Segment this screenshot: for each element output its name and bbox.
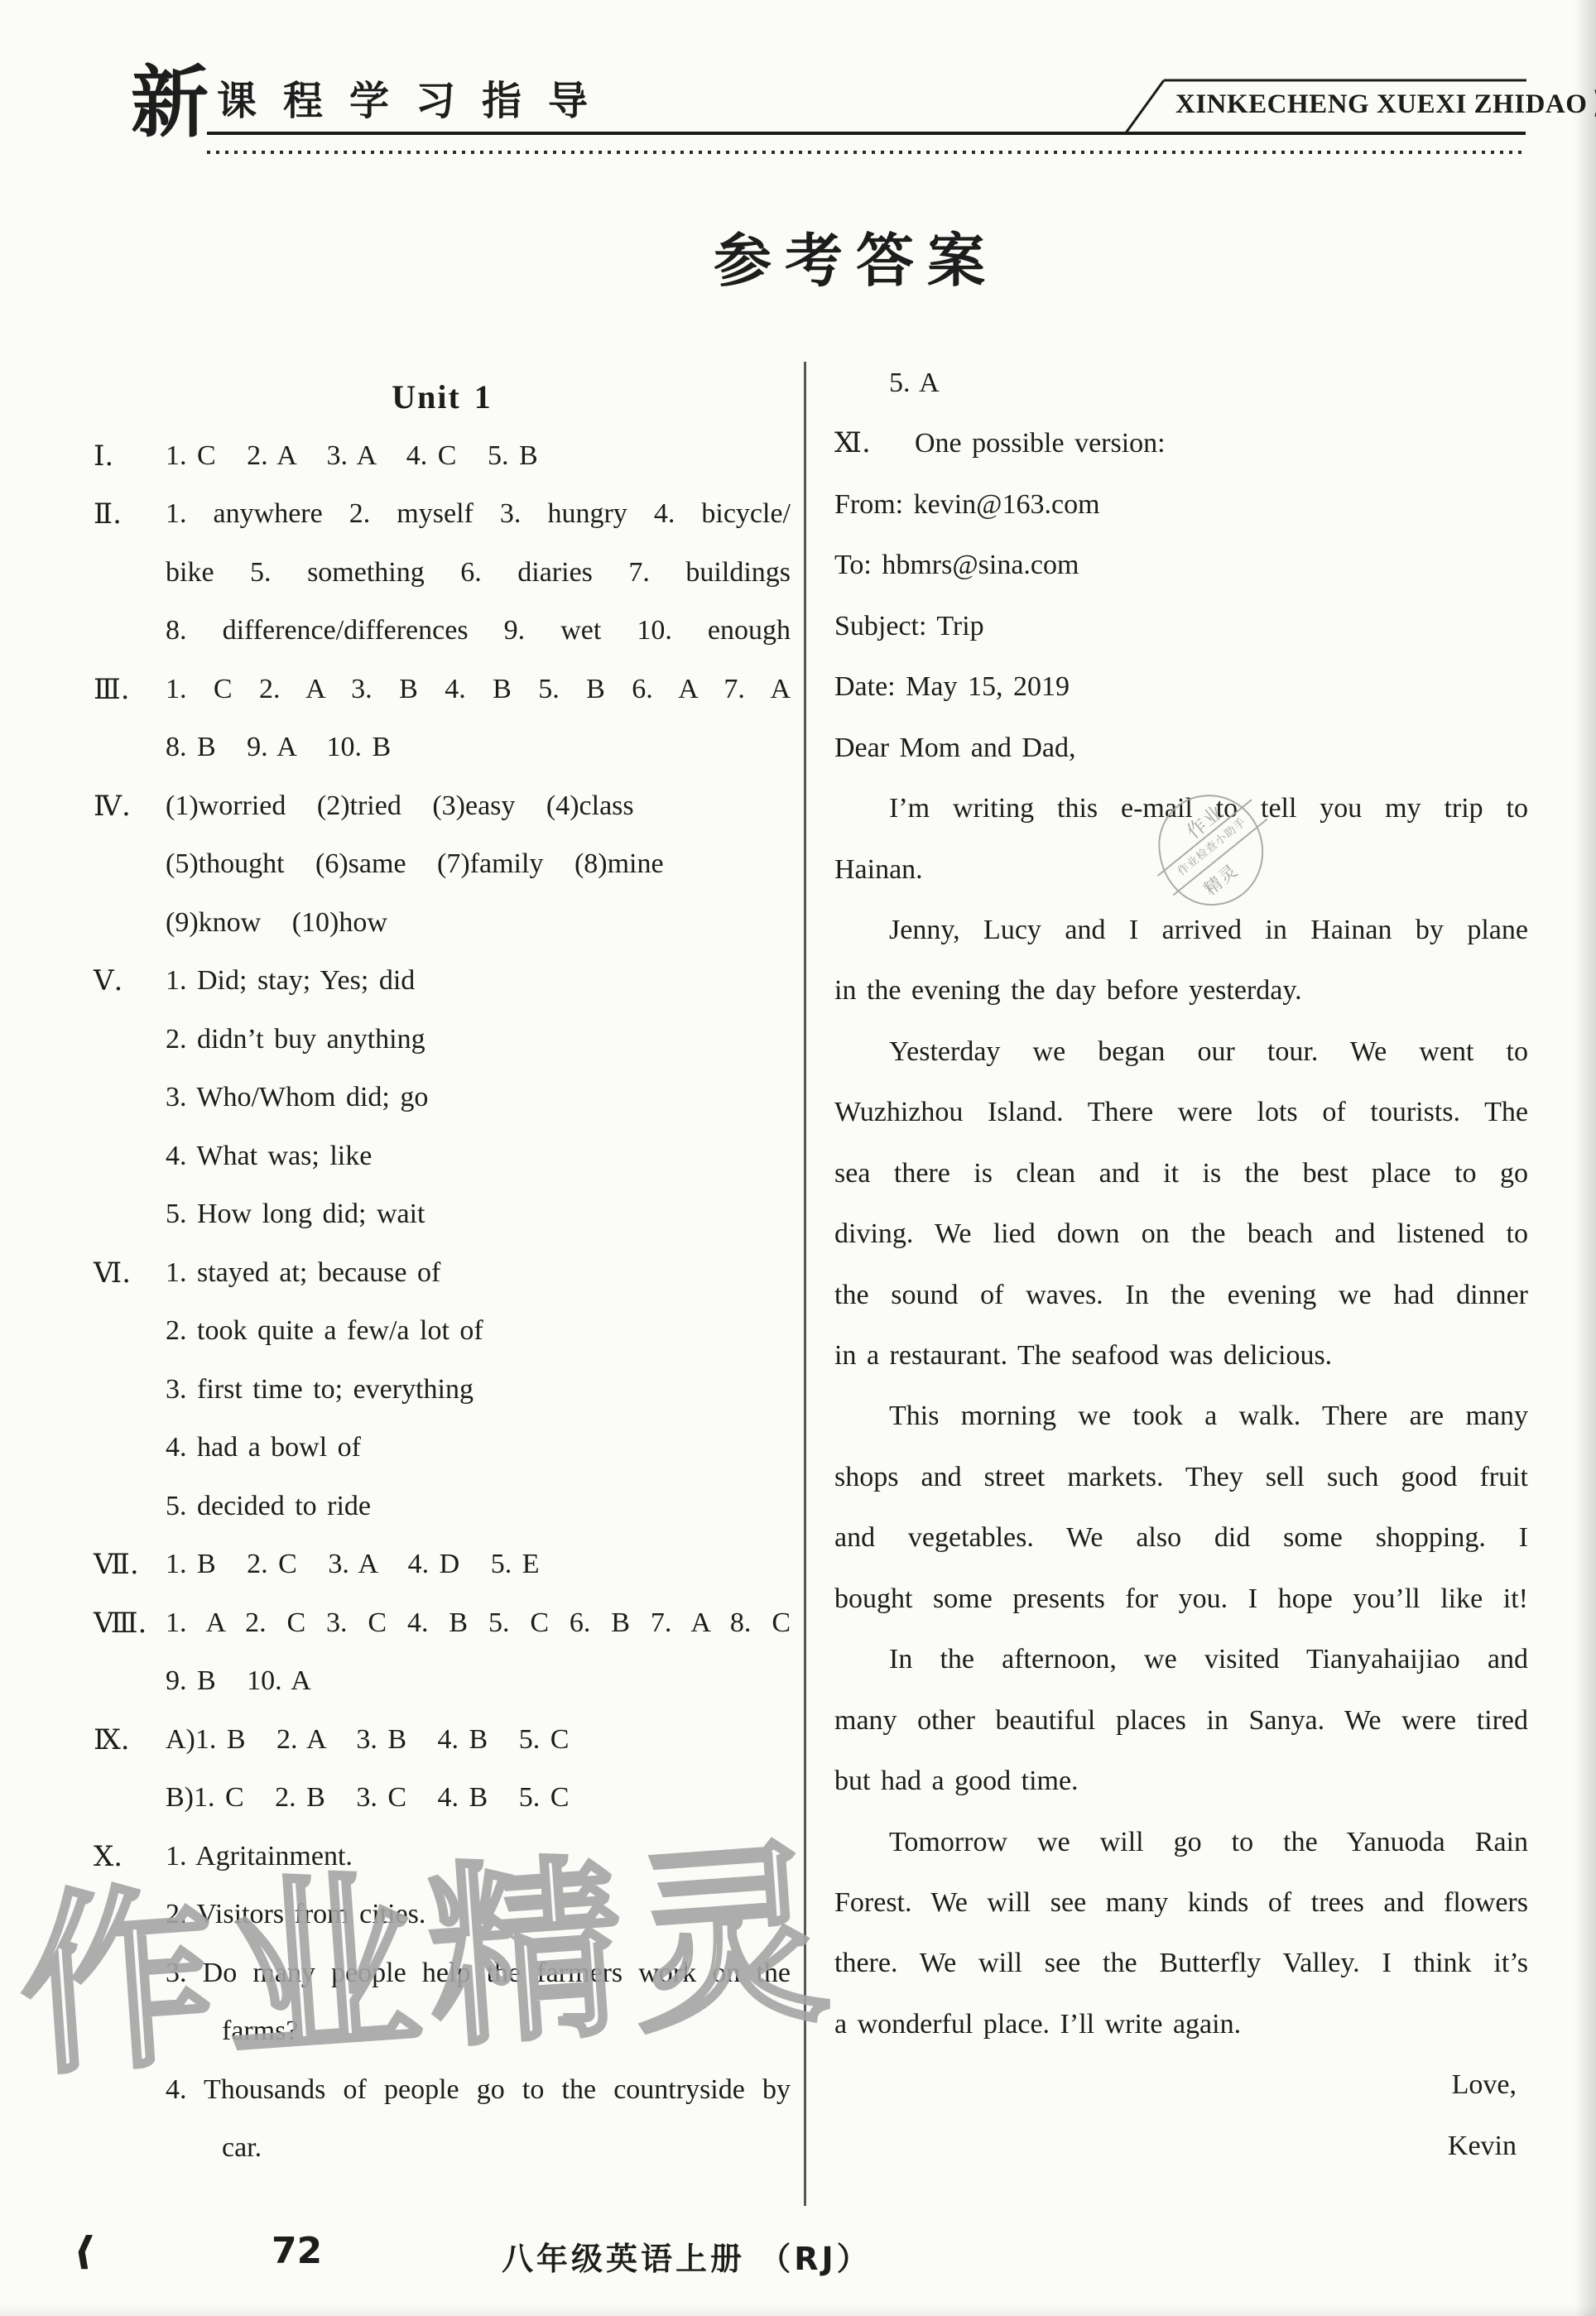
answer-line: car. — [94, 2119, 791, 2178]
answer-line: Unit 1 — [94, 368, 791, 427]
answer-line: Ⅴ.1. Did; stay; Yes; did — [94, 952, 791, 1011]
answer-line: (9)know (10)how — [94, 894, 791, 953]
section-text: A)1. B 2. A 3. B 4. B 5. C — [166, 1711, 791, 1770]
answer-line: Ⅸ.A)1. B 2. A 3. B 4. B 5. C — [94, 1711, 791, 1770]
answer-line: Ⅶ.1. B 2. C 3. A 4. D 5. E — [94, 1535, 791, 1594]
answer-line: Ⅵ.1. stayed at; because of — [94, 1244, 791, 1303]
answer-line: 3. Who/Whom did; go — [94, 1069, 791, 1127]
section-label: Ⅺ. — [834, 413, 915, 473]
scanned-answer-page: 新 课程学习指导 XINKECHENG XUEXI ZHIDAO⟩⟩⟩ 参考答案… — [0, 0, 1596, 2316]
section-text: 1. B 2. C 3. A 4. D 5. E — [166, 1535, 791, 1594]
answer-line: 4. had a bowl of — [94, 1419, 791, 1478]
email-line: in a restaurant. The seafood was delicio… — [834, 1325, 1528, 1386]
answer-line: bike 5. something 6. diaries 7. building… — [94, 544, 791, 603]
brand-title-chinese: 课程学习指导 — [217, 79, 614, 123]
answer-line: Ⅰ.1. C 2. A 3. A 4. C 5. B — [94, 427, 791, 486]
email-line: there. We will see the Butterfly Valley.… — [834, 1933, 1528, 1993]
section-label: Ⅷ. — [94, 1594, 166, 1653]
section-label: Ⅲ. — [94, 661, 166, 719]
header-dotted-rule — [207, 151, 1526, 154]
brand-title-pinyin: XINKECHENG XUEXI ZHIDAO⟩⟩⟩ — [1175, 86, 1596, 121]
answer-line: 2. didn’t buy anything — [94, 1011, 791, 1069]
email-line: 5. A — [834, 353, 1528, 413]
answer-line: Ⅱ.1. anywhere 2. myself 3. hungry 4. bic… — [94, 485, 791, 544]
email-line: Ⅺ.One possible version: — [834, 413, 1528, 473]
section-text: 1. A 2. C 3. C 4. B 5. C 6. B 7. A 8. C — [166, 1594, 791, 1653]
email-line: Tomorrow we will go to the Yanuoda Rain — [834, 1812, 1528, 1872]
section-label: Ⅵ. — [94, 1244, 166, 1303]
answer-line: Ⅳ.(1)worried (2)tried (3)easy (4)class — [94, 777, 791, 836]
answer-line: Ⅲ.1. C 2. A 3. B 4. B 5. B 6. A 7. A — [94, 661, 791, 719]
answer-line: 8. B 9. A 10. B — [94, 718, 791, 777]
page-number: 72 — [272, 2230, 322, 2272]
section-label: Ⅴ. — [94, 952, 166, 1011]
chevron-left-icon: ⟨⟨⟨ — [71, 2228, 80, 2273]
scan-edge-shadow-bottom — [0, 2304, 1596, 2316]
answer-line: 5. decided to ride — [94, 1478, 791, 1536]
email-line: Subject: Trip — [834, 596, 1528, 656]
section-label: Ⅶ. — [94, 1535, 166, 1594]
page-title: 参考答案 — [714, 228, 998, 293]
email-line: Kevin — [834, 2116, 1528, 2176]
answer-line: 9. B 10. A — [94, 1652, 791, 1711]
email-line: Dear Mom and Dad, — [834, 718, 1528, 778]
email-line: in the evening the day before yesterday. — [834, 960, 1528, 1021]
email-line: Forest. We will see many kinds of trees … — [834, 1872, 1528, 1933]
section-text: 1. anywhere 2. myself 3. hungry 4. bicyc… — [166, 485, 791, 544]
answer-line: 8. difference/differences 9. wet 10. eno… — [94, 602, 791, 661]
brand-logo-character: 新 — [131, 65, 209, 142]
email-line: shops and street markets. They sell such… — [834, 1447, 1528, 1507]
email-line: bought some presents for you. I hope you… — [834, 1569, 1528, 1629]
email-line: In the afternoon, we visited Tianyahaiji… — [834, 1629, 1528, 1689]
email-line: the sound of waves. In the evening we ha… — [834, 1265, 1528, 1325]
right-answer-column: 5. AⅪ.One possible version:From: kevin@1… — [834, 353, 1528, 2176]
answer-line: 5. How long did; wait — [94, 1185, 791, 1244]
answer-line: Ⅷ.1. A 2. C 3. C 4. B 5. C 6. B 7. A 8. … — [94, 1594, 791, 1653]
section-label: Ⅱ. — [94, 485, 166, 544]
email-line: Jenny, Lucy and I arrived in Hainan by p… — [834, 900, 1528, 960]
answer-line: B)1. C 2. B 3. C 4. B 5. C — [94, 1769, 791, 1828]
email-line: To: hbmrs@sina.com — [834, 535, 1528, 595]
scan-edge-shadow-right — [1574, 0, 1596, 2316]
email-line: and vegetables. We also did some shoppin… — [834, 1507, 1528, 1568]
section-text: 1. C 2. A 3. B 4. B 5. B 6. A 7. A — [166, 661, 791, 719]
section-text: 1. C 2. A 3. A 4. C 5. B — [166, 427, 791, 486]
email-line: From: kevin@163.com — [834, 474, 1528, 535]
email-line: diving. We lied down on the beach and li… — [834, 1204, 1528, 1264]
email-line: Love, — [834, 2054, 1528, 2115]
section-text: 1. stayed at; because of — [166, 1244, 791, 1303]
answer-line: 3. first time to; everything — [94, 1361, 791, 1420]
section-text: (1)worried (2)tried (3)easy (4)class — [166, 777, 791, 836]
section-label: Ⅸ. — [94, 1711, 166, 1770]
email-line: Wuzhizhou Island. There were lots of tou… — [834, 1082, 1528, 1142]
email-line: This morning we took a walk. There are m… — [834, 1386, 1528, 1446]
answer-line: 2. took quite a few/a lot of — [94, 1302, 791, 1361]
section-text: One possible version: — [915, 413, 1528, 473]
book-title: 八年级英语上册 （RJ） — [502, 2233, 872, 2279]
email-line: but had a good time. — [834, 1751, 1528, 1811]
section-label: Ⅰ. — [94, 427, 166, 486]
email-line: many other beautiful places in Sanya. We… — [834, 1690, 1528, 1751]
section-text: 1. Did; stay; Yes; did — [166, 952, 791, 1011]
section-label: Ⅳ. — [94, 777, 166, 836]
email-line: a wonderful place. I’ll write again. — [834, 1994, 1528, 2054]
email-line: sea there is clean and it is the best pl… — [834, 1143, 1528, 1204]
answer-line: 4. What was; like — [94, 1127, 791, 1186]
email-line: Date: May 15, 2019 — [834, 656, 1528, 717]
email-line: Yesterday we began our tour. We went to — [834, 1021, 1528, 1082]
answer-line: (5)thought (6)same (7)family (8)mine — [94, 835, 791, 894]
